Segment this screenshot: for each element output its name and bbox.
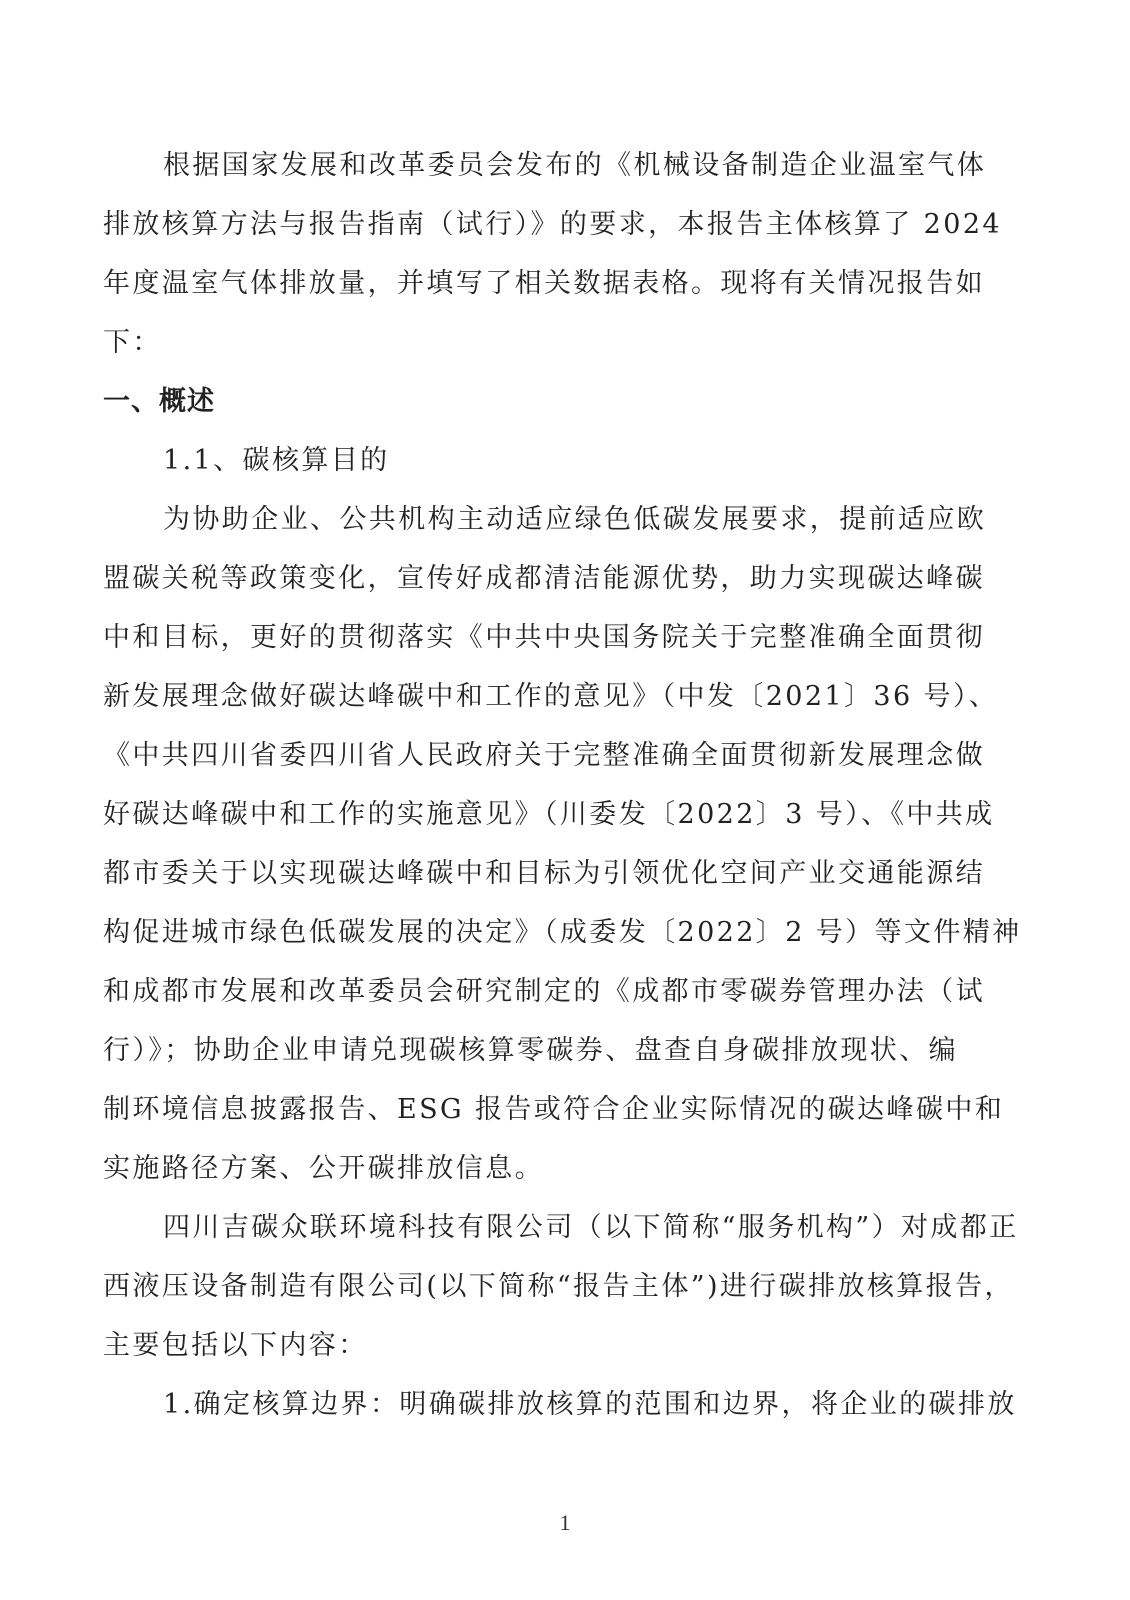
service-line-3: 主要包括以下内容：: [103, 1316, 1003, 1375]
purpose-line-12: 实施路径方案、公开碳排放信息。: [103, 1139, 1003, 1198]
purpose-line-8: 构促进城市绿色低碳发展的决定》（成委发〔2022〕2 号）等文件精神: [103, 903, 1003, 962]
purpose-line-4: 新发展理念做好碳达峰碳中和工作的意见》（中发〔2021〕36 号）、: [103, 667, 1003, 726]
purpose-line-3: 中和目标，更好的贯彻落实《中共中央国务院关于完整准确全面贯彻: [103, 608, 1003, 667]
purpose-line-6: 好碳达峰碳中和工作的实施意见》（川委发〔2022〕3 号）、《中共成: [103, 785, 1003, 844]
intro-line-4: 下：: [103, 313, 1003, 372]
purpose-line-9: 和成都市发展和改革委员会研究制定的《成都市零碳券管理办法（试: [103, 962, 1003, 1021]
intro-line-1: 根据国家发展和改革委员会发布的《机械设备制造企业温室气体: [103, 136, 1003, 195]
intro-line-2: 排放核算方法与报告指南（试行）》的要求，本报告主体核算了 2024: [103, 195, 1003, 254]
section-heading-overview: 一、概述: [103, 372, 1003, 431]
service-line-2: 西液压设备制造有限公司(以下简称“报告主体”)进行碳排放核算报告，: [103, 1257, 1003, 1316]
subsection-heading-purpose: 1.1、碳核算目的: [103, 431, 1003, 490]
purpose-line-11: 制环境信息披露报告、ESG 报告或符合企业实际情况的碳达峰碳中和: [103, 1080, 1003, 1139]
purpose-line-2: 盟碳关税等政策变化，宣传好成都清洁能源优势，助力实现碳达峰碳: [103, 549, 1003, 608]
purpose-line-5: 《中共四川省委四川省人民政府关于完整准确全面贯彻新发展理念做: [103, 726, 1003, 785]
document-page: 根据国家发展和改革委员会发布的《机械设备制造企业温室气体 排放核算方法与报告指南…: [103, 136, 1003, 1434]
service-line-1: 四川吉碳众联环境科技有限公司（以下简称“服务机构”）对成都正: [103, 1198, 1003, 1257]
intro-line-3: 年度温室气体排放量，并填写了相关数据表格。现将有关情况报告如: [103, 254, 1003, 313]
page-number: 1: [0, 1510, 1130, 1536]
purpose-line-1: 为协助企业、公共机构主动适应绿色低碳发展要求，提前适应欧: [103, 490, 1003, 549]
item-1-line-1: 1.确定核算边界：明确碳排放核算的范围和边界，将企业的碳排放: [103, 1375, 1003, 1434]
purpose-line-7: 都市委关于以实现碳达峰碳中和目标为引领优化空间产业交通能源结: [103, 844, 1003, 903]
purpose-line-10: 行）》；协助企业申请兑现碳核算零碳券、盘查自身碳排放现状、编: [103, 1021, 1003, 1080]
